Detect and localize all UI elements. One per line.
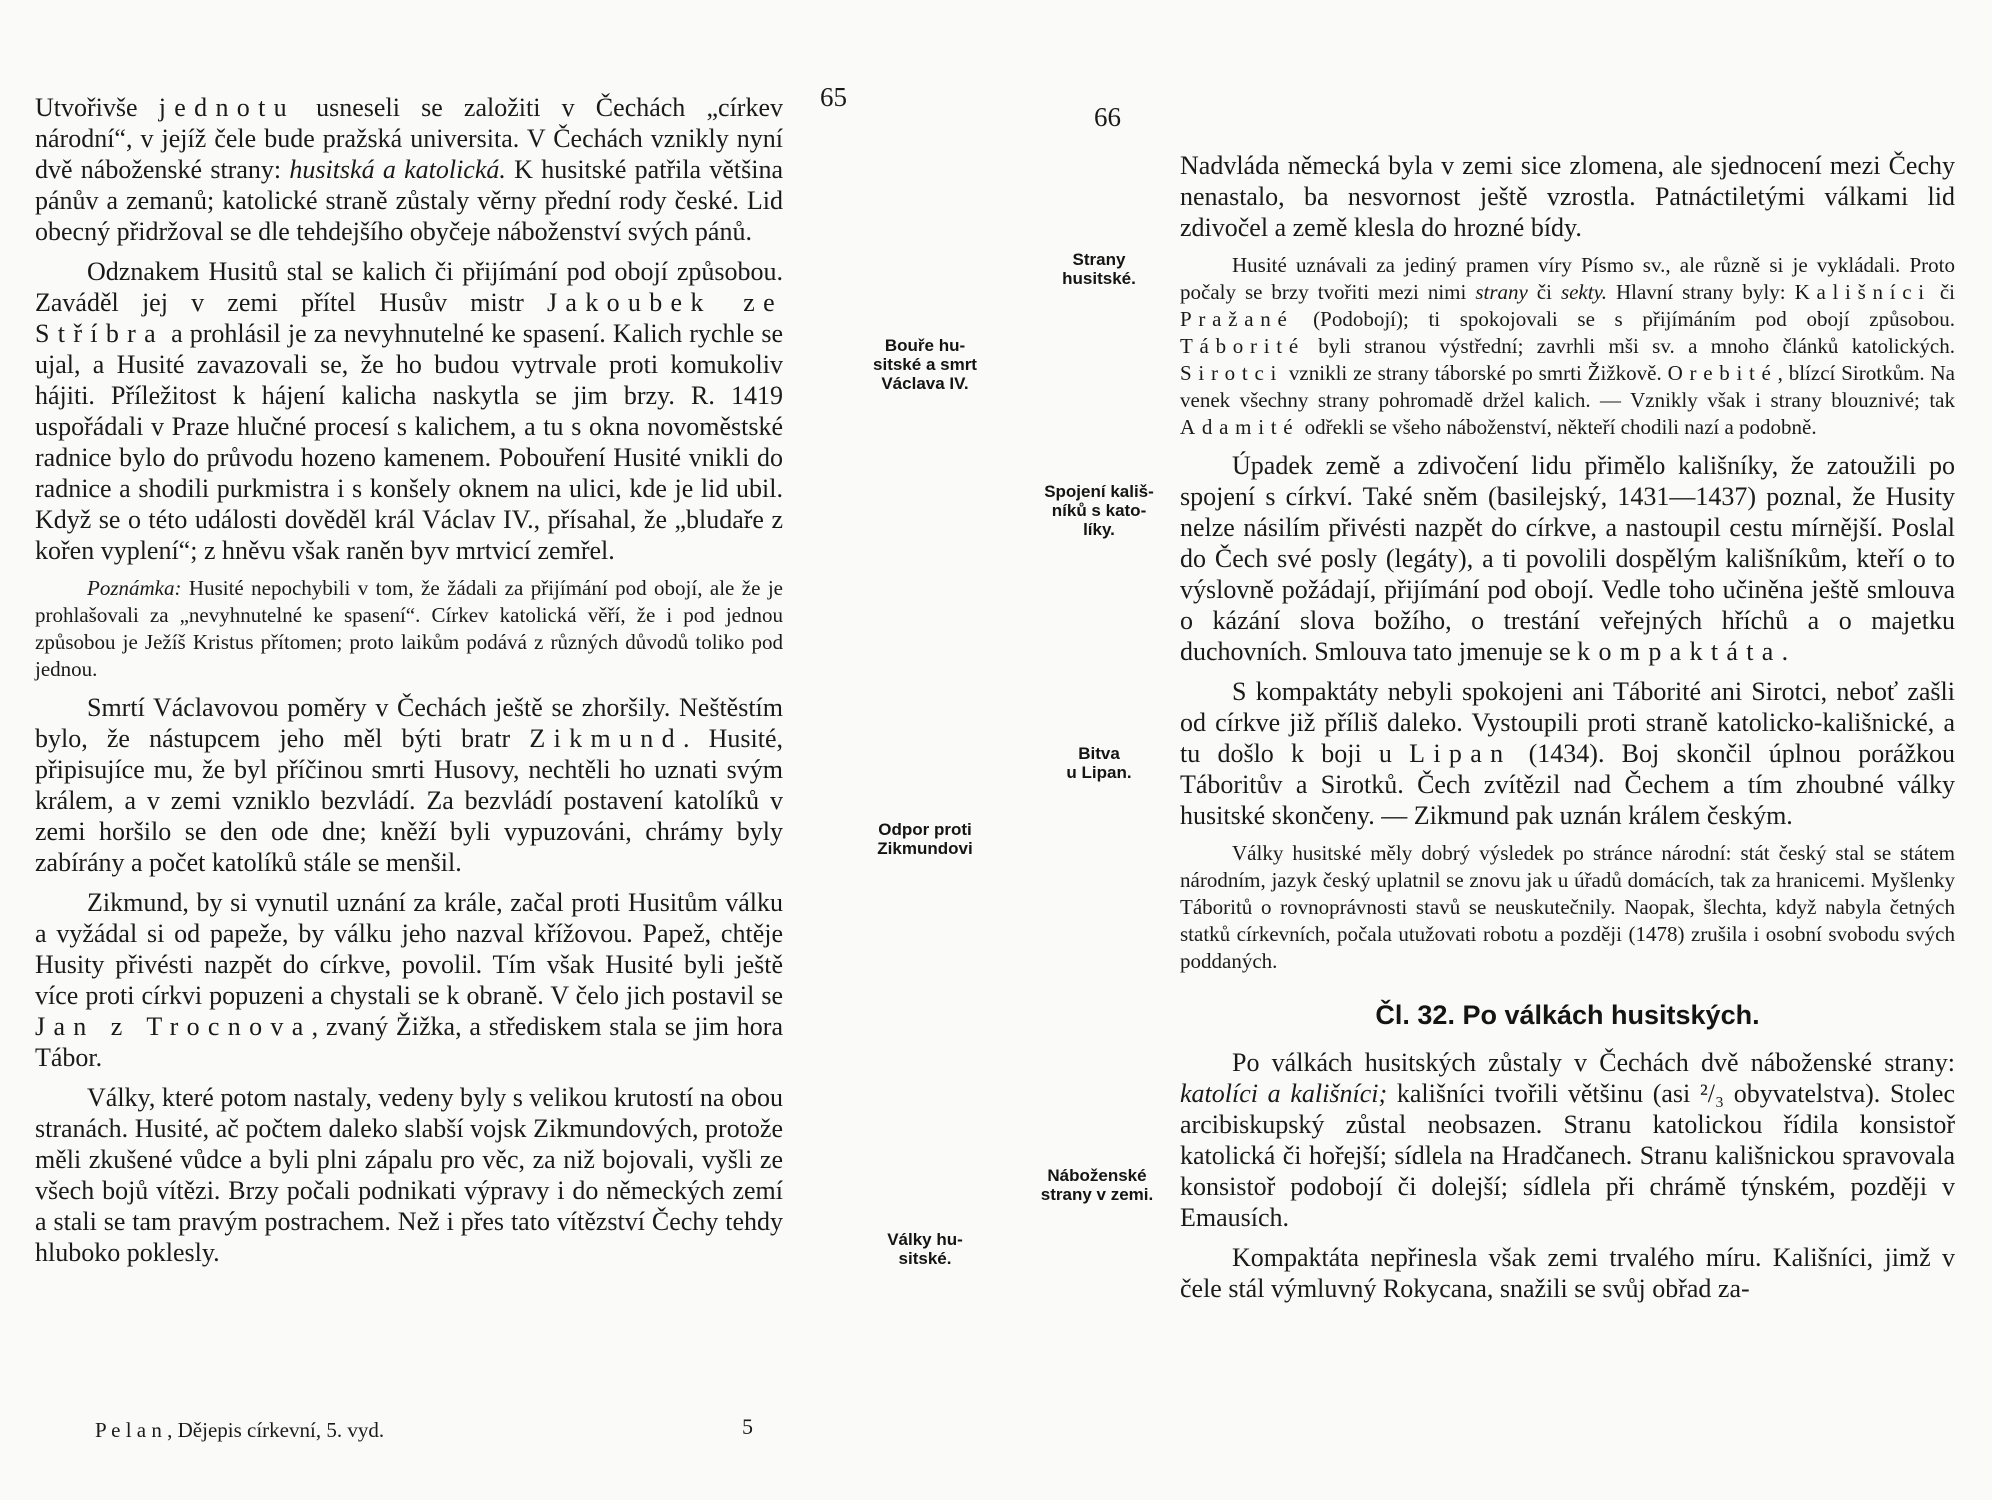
left-page-number: 65 xyxy=(820,82,847,113)
text-segment: Lipan xyxy=(1409,739,1511,768)
margin-note-odpor-proti-zikmundovi: Odpor proti Zikmundovi xyxy=(852,820,998,858)
paragraph: Zikmund, by si vynutil uznání za krále, … xyxy=(35,887,783,1073)
text-segment: Zikmund xyxy=(529,724,683,753)
text-segment: Sirotci xyxy=(1180,361,1283,385)
margin-note-boure-husitske: Bouře hu- sitské a smrt Václava IV. xyxy=(852,336,998,393)
text-segment: (Podobojí); ti spokojovali se s přijímán… xyxy=(1294,307,1956,331)
margin-note-strany-husitske: Strany husitské. xyxy=(1028,250,1170,288)
book-spread: 65 Utvořivše jednotu usneseli se založit… xyxy=(0,0,1992,1500)
paragraph: Nadvláda německá byla v zemi sice zlomen… xyxy=(1180,150,1955,243)
text-segment: odřekli se všeho náboženství, někteří ch… xyxy=(1299,415,1816,439)
text-segment: Po válkách husitských zůstaly v Čechách … xyxy=(1232,1048,1955,1077)
text-segment: Kompaktáta nepřinesla však zemi trvalého… xyxy=(1180,1243,1955,1303)
text-segment: strany xyxy=(1475,280,1528,304)
text-segment: Utvořivše xyxy=(35,93,159,122)
text-segment: Táborité xyxy=(1180,334,1305,358)
margin-note-spojeni-kalisniku: Spojení kališ- níků s kato- líky. xyxy=(1028,482,1170,539)
text-segment: jednotu xyxy=(159,93,295,122)
margin-note-nabozenske-strany: Náboženské strany v zemi. xyxy=(1022,1166,1172,1204)
text-segment: Orebité xyxy=(1668,361,1778,385)
text-segment: vznikli ze strany táborské po smrti Žižk… xyxy=(1283,361,1668,385)
paragraph: Utvořivše jednotu usneseli se založiti v… xyxy=(35,92,783,247)
text-segment: Jan z Trocnova xyxy=(35,1012,312,1041)
text-segment: Pražané xyxy=(1180,307,1294,331)
text-segment: . xyxy=(1782,637,1789,666)
text-segment: katolíci a kališníci; xyxy=(1180,1079,1387,1108)
text-segment: a prohlásil je za nevyhnutelné ke spasen… xyxy=(35,319,783,565)
text-segment: Adamité xyxy=(1180,415,1299,439)
paragraph: S kompaktáty nebyli spokojeni ani Tábori… xyxy=(1180,676,1955,831)
margin-note-valky-husitske: Války hu- sitské. xyxy=(856,1230,994,1268)
paragraph: Smrtí Václavovou poměry v Čechách ještě … xyxy=(35,692,783,878)
text-segment: Kališníci xyxy=(1795,280,1931,304)
text-segment: Nadvláda německá byla v zemi sice zlomen… xyxy=(1180,151,1955,242)
text-segment: Války, které potom nastaly, vedeny byly … xyxy=(35,1083,783,1267)
text-segment: Úpadek země a zdivočení lidu přimělo kal… xyxy=(1180,451,1955,666)
text-segment: Hlavní strany byly: xyxy=(1607,280,1795,304)
paragraph: Husité uznávali za jediný pramen víry Pí… xyxy=(1180,252,1955,441)
footer-citation: P e l a n , Dějepis církevní, 5. vyd. xyxy=(95,1418,384,1443)
paragraph: Úpadek země a zdivočení lidu přimělo kal… xyxy=(1180,450,1955,667)
text-segment: či xyxy=(1528,280,1561,304)
text-segment: či xyxy=(1931,280,1955,304)
left-page-body: Utvořivše jednotu usneseli se založiti v… xyxy=(35,92,783,1277)
footer-sheet-number: 5 xyxy=(742,1414,753,1440)
right-page-paragraphs-top: Nadvláda německá byla v zemi sice zlomen… xyxy=(1180,150,1955,975)
margin-note-bitva-u-lipan: Bitva u Lipan. xyxy=(1028,744,1170,782)
section-heading: Čl. 32. Po válkách husitských. xyxy=(1180,999,1955,1031)
paragraph: Války, které potom nastaly, vedeny byly … xyxy=(35,1082,783,1268)
paragraph: Odznakem Husitů stal se kalich či přijím… xyxy=(35,256,783,566)
right-page-paragraphs-bottom: Po válkách husitských zůstaly v Čechách … xyxy=(1180,1047,1955,1304)
text-segment: husitská a katolická. xyxy=(289,155,506,184)
text-segment: byli stranou výstřední; zavrhli mši sv. … xyxy=(1305,334,1955,358)
right-page-body: Nadvláda německá byla v zemi sice zlomen… xyxy=(1180,150,1955,1313)
paragraph: Války husitské měly dobrý výsledek po st… xyxy=(1180,840,1955,975)
paragraph: Kompaktáta nepřinesla však zemi trvalého… xyxy=(1180,1242,1955,1304)
text-segment: sekty. xyxy=(1561,280,1607,304)
paragraph: Po válkách husitských zůstaly v Čechách … xyxy=(1180,1047,1955,1233)
right-page-number: 66 xyxy=(1094,102,1121,133)
paragraph: Poznámka: Husité nepochybili v tom, že ž… xyxy=(35,575,783,683)
text-segment: kompaktáta xyxy=(1577,637,1782,666)
text-segment: Války husitské měly dobrý výsledek po st… xyxy=(1180,841,1955,973)
text-segment: Zikmund, by si vynutil uznání za krále, … xyxy=(35,888,783,1010)
text-segment: Poznámka: xyxy=(87,576,181,600)
